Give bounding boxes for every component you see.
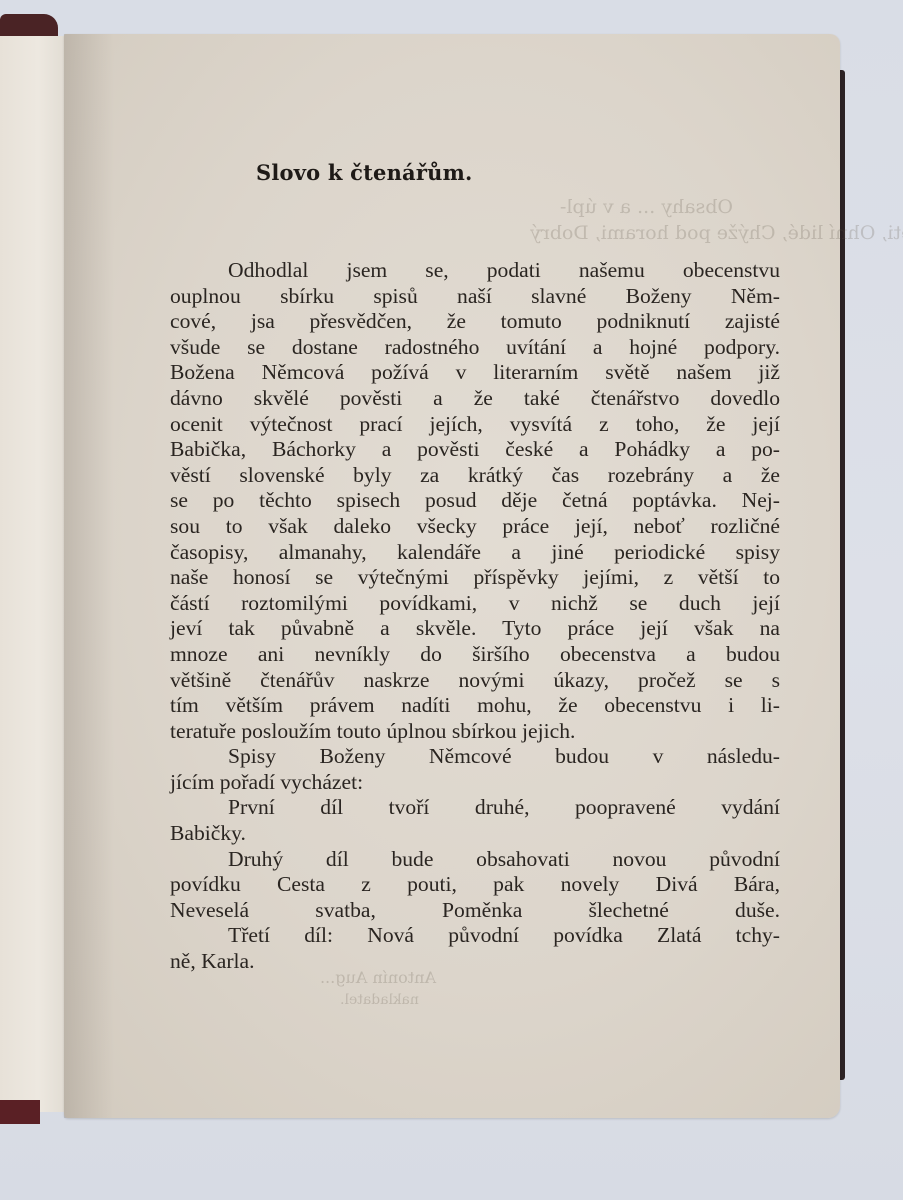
text-line: tím větším právem nadíti mohu, že obecen…	[170, 693, 780, 719]
gutter-shadow	[64, 34, 114, 1118]
text-line: Neveselá svatba, Poměnka šlechetné duše.	[170, 898, 780, 924]
text-line: dávno skvělé pověsti a že také čtenářstv…	[170, 386, 780, 412]
page-title: Slovo k čtenářům.	[256, 160, 473, 185]
text-line: časopisy, almanahy, kalendáře a jiné per…	[170, 540, 780, 566]
text-line: Božena Němcová požívá v literarním světě…	[170, 360, 780, 386]
bleed-through-text: nakladatel.	[340, 992, 419, 1008]
text-line: ně, Karla.	[170, 949, 780, 975]
text-line: Babičky.	[170, 821, 780, 847]
text-line: povídku Cesta z pouti, pak novely Divá B…	[170, 872, 780, 898]
text-line: ocenit výtečnost prací jejích, vysvítá z…	[170, 412, 780, 438]
bleed-through-text: změti, Ohní lidé, Chýže pod horami, Dobr…	[530, 222, 903, 244]
text-line: ouplnou sbírku spisů naší slavné Boženy …	[170, 284, 780, 310]
text-line: většině čtenářův naskrze novými úkazy, p…	[170, 668, 780, 694]
text-line: Babička, Báchorky a pověsti české a Pohá…	[170, 437, 780, 463]
text-line: se po těchto spisech posud děje četná po…	[170, 488, 780, 514]
text-line: mnoze ani nevníkly do širšího obecenstva…	[170, 642, 780, 668]
text-line: První díl tvoří druhé, poopravené vydání	[170, 795, 780, 821]
book-spine-bottom	[0, 1100, 40, 1124]
text-line: sou to však daleko všecky práce její, ne…	[170, 514, 780, 540]
text-line: teratuře posloužím touto úplnou sbírkou …	[170, 719, 780, 745]
text-line: Druhý díl bude obsahovati novou původní	[170, 847, 780, 873]
text-line: Třetí díl: Nová původní povídka Zlatá tc…	[170, 923, 780, 949]
left-page-edge	[0, 36, 65, 1112]
text-line: Odhodlal jsem se, podati našemu obecenst…	[170, 258, 780, 284]
text-line: Spisy Boženy Němcové budou v následu-	[170, 744, 780, 770]
text-line: naše honosí se výtečnými příspěvky jejím…	[170, 565, 780, 591]
text-line: věstí slovenské byly za krátký čas rozeb…	[170, 463, 780, 489]
bleed-through-text: Obsahy ... a v úpl-	[560, 196, 733, 218]
text-line: částí roztomilými povídkami, v nichž se …	[170, 591, 780, 617]
body-text: Odhodlal jsem se, podati našemu obecenst…	[170, 258, 780, 975]
text-line: cové, jsa přesvědčen, že tomuto podniknu…	[170, 309, 780, 335]
text-line: jeví tak půvabně a skvěle. Tyto práce je…	[170, 616, 780, 642]
text-line: jícím pořadí vycházet:	[170, 770, 780, 796]
text-line: všude se dostane radostného uvítání a ho…	[170, 335, 780, 361]
